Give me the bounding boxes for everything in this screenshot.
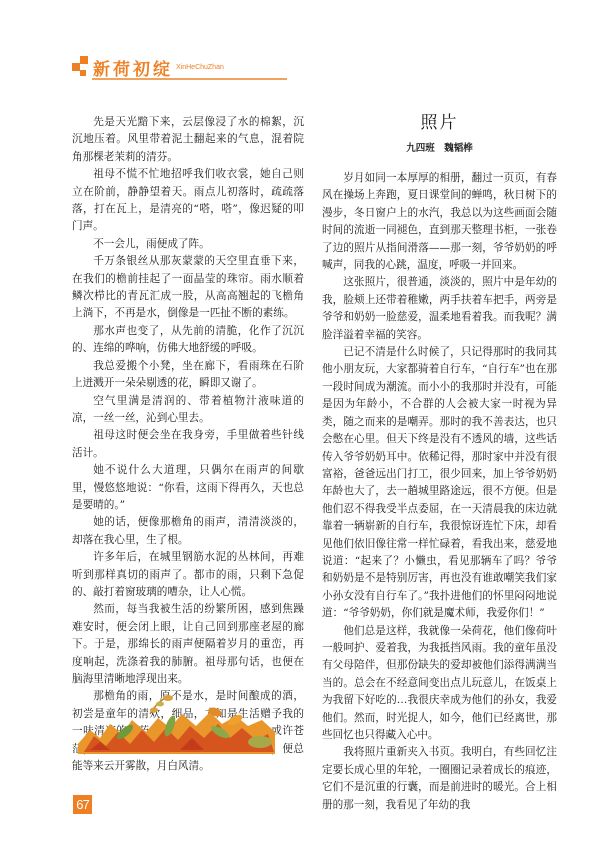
left-column-essay: 先是天光黯下来，云层像浸了水的棉絮，沉沉地压着。风里带着泥土翻起来的气息，混着院… <box>72 114 304 775</box>
paragraph: 空气里满是清润的、带着植物汁液味道的凉，一丝一丝，沁到心里去。 <box>72 393 304 428</box>
header-divider <box>92 78 287 80</box>
paragraph: 千万条银丝从那灰蒙蒙的天空里直垂下来，在我们的檐前挂起了一面晶莹的珠帘。雨水顺着… <box>72 253 304 323</box>
paragraph: 祖母不慌不忙地招呼我们收衣裳，她自己则立在阶前，静静望着天。雨点儿初落时，疏疏落… <box>72 166 304 236</box>
paragraph: 祖母这时便会坐在我身旁，手里做着些针线活计。 <box>72 427 304 462</box>
magazine-section-header: 新荷初绽 XinHeChuZhan <box>72 54 287 80</box>
paragraph: 他们总是这样，我就像一朵荷花，他们像荷叶一般呵护、爱着我，为我抵挡风雨。我的童年… <box>322 623 557 745</box>
right-column-article: 岁月如同一本厚厚的相册，翻过一页页，有春风在操场上奔跑，夏日课堂间的蝉鸣，秋日树… <box>322 170 557 814</box>
page-number: 67 <box>73 795 92 814</box>
autumn-leaves-icon <box>70 692 285 754</box>
paragraph: 她不说什么大道理，只偶尔在雨声的间歇里，慢悠悠地说：“你看，这雨下得再久，天也总… <box>72 462 304 514</box>
article-title: 照片 <box>322 108 557 133</box>
paragraph: 然而，每当我被生活的纷繁所困，感到焦躁难安时，便会闭上眼，让自己回到那座老屋的廊… <box>72 601 304 688</box>
paragraph: 我总爱搬个小凳，坐在廊下，看雨珠在石阶上迸溅开一朵朵剔透的花，瞬即又谢了。 <box>72 358 304 393</box>
paragraph: 那水声也变了，从先前的清脆，化作了沉沉的、连绵的哗响，仿佛大地舒缓的呼吸。 <box>72 323 304 358</box>
paragraph: 这张照片，很普通，淡淡的，照片中是年幼的我，脸颊上还带着稚嫩，两手扶着车把手，两… <box>322 274 557 344</box>
paragraph: 已记不清是什么时候了，只记得那时的我同其他小朋友玩，大家都骑着自行车，“自行车”… <box>322 344 557 623</box>
paragraph: 岁月如同一本厚厚的相册，翻过一页页，有春风在操场上奔跑，夏日课堂间的蝉鸣，秋日树… <box>322 170 557 274</box>
article-byline: 九四班 魏韬桦 <box>322 140 557 154</box>
paragraph: 先是天光黯下来，云层像浸了水的棉絮，沉沉地压着。风里带着泥土翻起来的气息，混着院… <box>72 114 304 166</box>
paragraph: 许多年后，在城里钢筋水泥的丛林间，再难听到那样真切的雨声了。都市的雨，只剩下急促… <box>72 549 304 601</box>
section-title: 新荷初绽 <box>93 55 173 80</box>
paragraph: 她的话，便像那檐角的雨声，清清淡淡的，却落在我心里，生了根。 <box>72 514 304 549</box>
paragraph: 不一会儿，雨便成了阵。 <box>72 236 304 253</box>
section-logo-icon <box>72 56 92 78</box>
paragraph: 我将照片重新夹入书页。我明白，有些回忆注定要长成心里的年轮，一圈圈记录着成长的痕… <box>322 744 557 814</box>
section-subtitle: XinHeChuZhan <box>176 64 224 71</box>
